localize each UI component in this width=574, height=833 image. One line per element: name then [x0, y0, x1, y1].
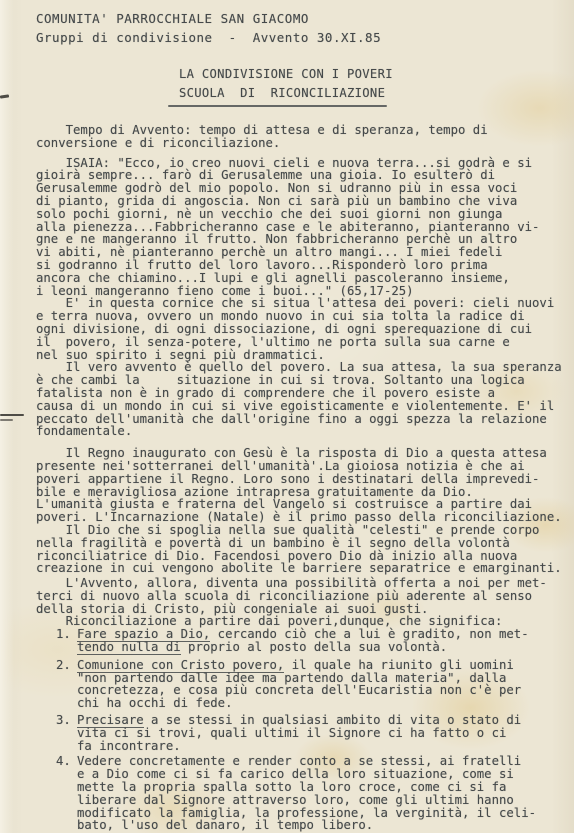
title-line-2: SCUOLA DI RICONCILIAZIONE — [179, 84, 393, 103]
scanned-typewritten-page: COMUNITA' PARROCCHIALE SAN GIACOMO Grupp… — [0, 0, 574, 833]
text-line: fa incontrare. — [77, 740, 568, 753]
header-group-date: Gruppi di condivisione - Avvento 30.XI.8… — [36, 28, 381, 47]
paragraph-isaia-quote: ISAIA: "Ecco, io creo nuovi cieli e nuov… — [36, 157, 568, 298]
document-header: COMUNITA' PARROCCHIALE SAN GIACOMO Grupp… — [36, 9, 381, 47]
list-item-marker: 2. — [56, 659, 77, 710]
text-line: nella fragilità e povertà di un bambino … — [36, 537, 568, 550]
text-line: Il Dio che si spoglia nella sue qualità … — [36, 524, 568, 537]
text-line: causa di un mondo in cui si vive egoisti… — [36, 400, 568, 413]
text-line: L'Avvento, allora, diventa una possibili… — [36, 577, 568, 590]
paragraph-regno: Il Regno inaugurato con Gesù è la rispos… — [36, 447, 568, 575]
list-item-body: Fare spazio a Dio, cercando ciò che a lu… — [77, 628, 568, 654]
list-item: 2. Comunione con Cristo povero, il quale… — [56, 659, 568, 710]
text-line: terci di nuovo alla scuola di riconcilia… — [36, 590, 568, 603]
text-line: bato, l'uso del danaro, il tempo libero. — [77, 819, 568, 832]
text-line: presente nei'sotterranei dell'umanità'.L… — [36, 460, 568, 473]
text-line: fatalista non è in grado di comprendere … — [36, 387, 568, 400]
stray-pen-mark — [0, 94, 9, 98]
text-line: chi ha occhi di fede. — [77, 697, 568, 710]
text-line: ancora che chiamino...I lupi e gli agnel… — [36, 272, 568, 285]
list-item: 1. Fare spazio a Dio, cercando ciò che a… — [56, 628, 568, 654]
document-body: Tempo di Avvento: tempo di attesa e di s… — [36, 118, 568, 832]
text-line: Tempo di Avvento: tempo di attesa e di s… — [36, 124, 568, 137]
text-line: il povero, il senza-potere, l'ultimo ne … — [36, 336, 568, 349]
text-line: si godranno il frutto del loro lavoro...… — [36, 259, 568, 272]
list-item-body: Vedere concretamente e render conto a se… — [77, 755, 568, 832]
text-line: conversione e di riconciliazione. — [36, 137, 568, 150]
text-line: tendo nulla di proprio al posto della su… — [77, 641, 568, 654]
stray-pen-mark — [0, 419, 13, 421]
list-item-marker: 3. — [56, 714, 77, 752]
text-line: fondamentale. — [36, 425, 568, 438]
numbered-list: 1. Fare spazio a Dio, cercando ciò che a… — [56, 628, 568, 832]
paragraph-intro: Tempo di Avvento: tempo di attesa e di s… — [36, 124, 568, 150]
text-line: ogni divisione, di ogni dissociazione, d… — [36, 323, 568, 336]
title-underline — [168, 105, 387, 107]
text-line: solo pochi giorni, nè un vecchio che dei… — [36, 208, 568, 221]
list-item-marker: 1. — [56, 628, 77, 654]
text-line: creazione in cui vengono abolite le barr… — [36, 562, 568, 575]
text-line: poveri. L'Incarnazione (Natale) è il pri… — [36, 511, 568, 524]
list-item: 4. Vedere concretamente e render conto a… — [56, 755, 568, 832]
header-community-name: COMUNITA' PARROCCHIALE SAN GIACOMO — [36, 9, 381, 28]
text-line: poveri appartiene il Regno. Loro sono i … — [36, 473, 568, 486]
title-line-1: LA CONDIVISIONE CON I POVERI — [179, 65, 393, 84]
list-item-body: Precisare a se stessi in qualsiasi ambit… — [77, 714, 568, 752]
text-line: Il Regno inaugurato con Gesù è la rispos… — [36, 447, 568, 460]
paragraph-avvento-possibilita: L'Avvento, allora, diventa una possibili… — [36, 577, 568, 628]
text-line: di pianto, grida di angoscia. Non ci sar… — [36, 195, 568, 208]
stray-pen-mark — [0, 414, 24, 416]
list-item-body: Comunione con Cristo povero, il quale ha… — [77, 659, 568, 710]
list-item-marker: 4. — [56, 755, 77, 832]
list-item: 3. Precisare a se stessi in qualsiasi am… — [56, 714, 568, 752]
document-title: LA CONDIVISIONE CON I POVERI SCUOLA DI R… — [179, 65, 393, 107]
paragraph-attesa-poveri: E' in questa cornice che si situa l'atte… — [36, 297, 568, 438]
